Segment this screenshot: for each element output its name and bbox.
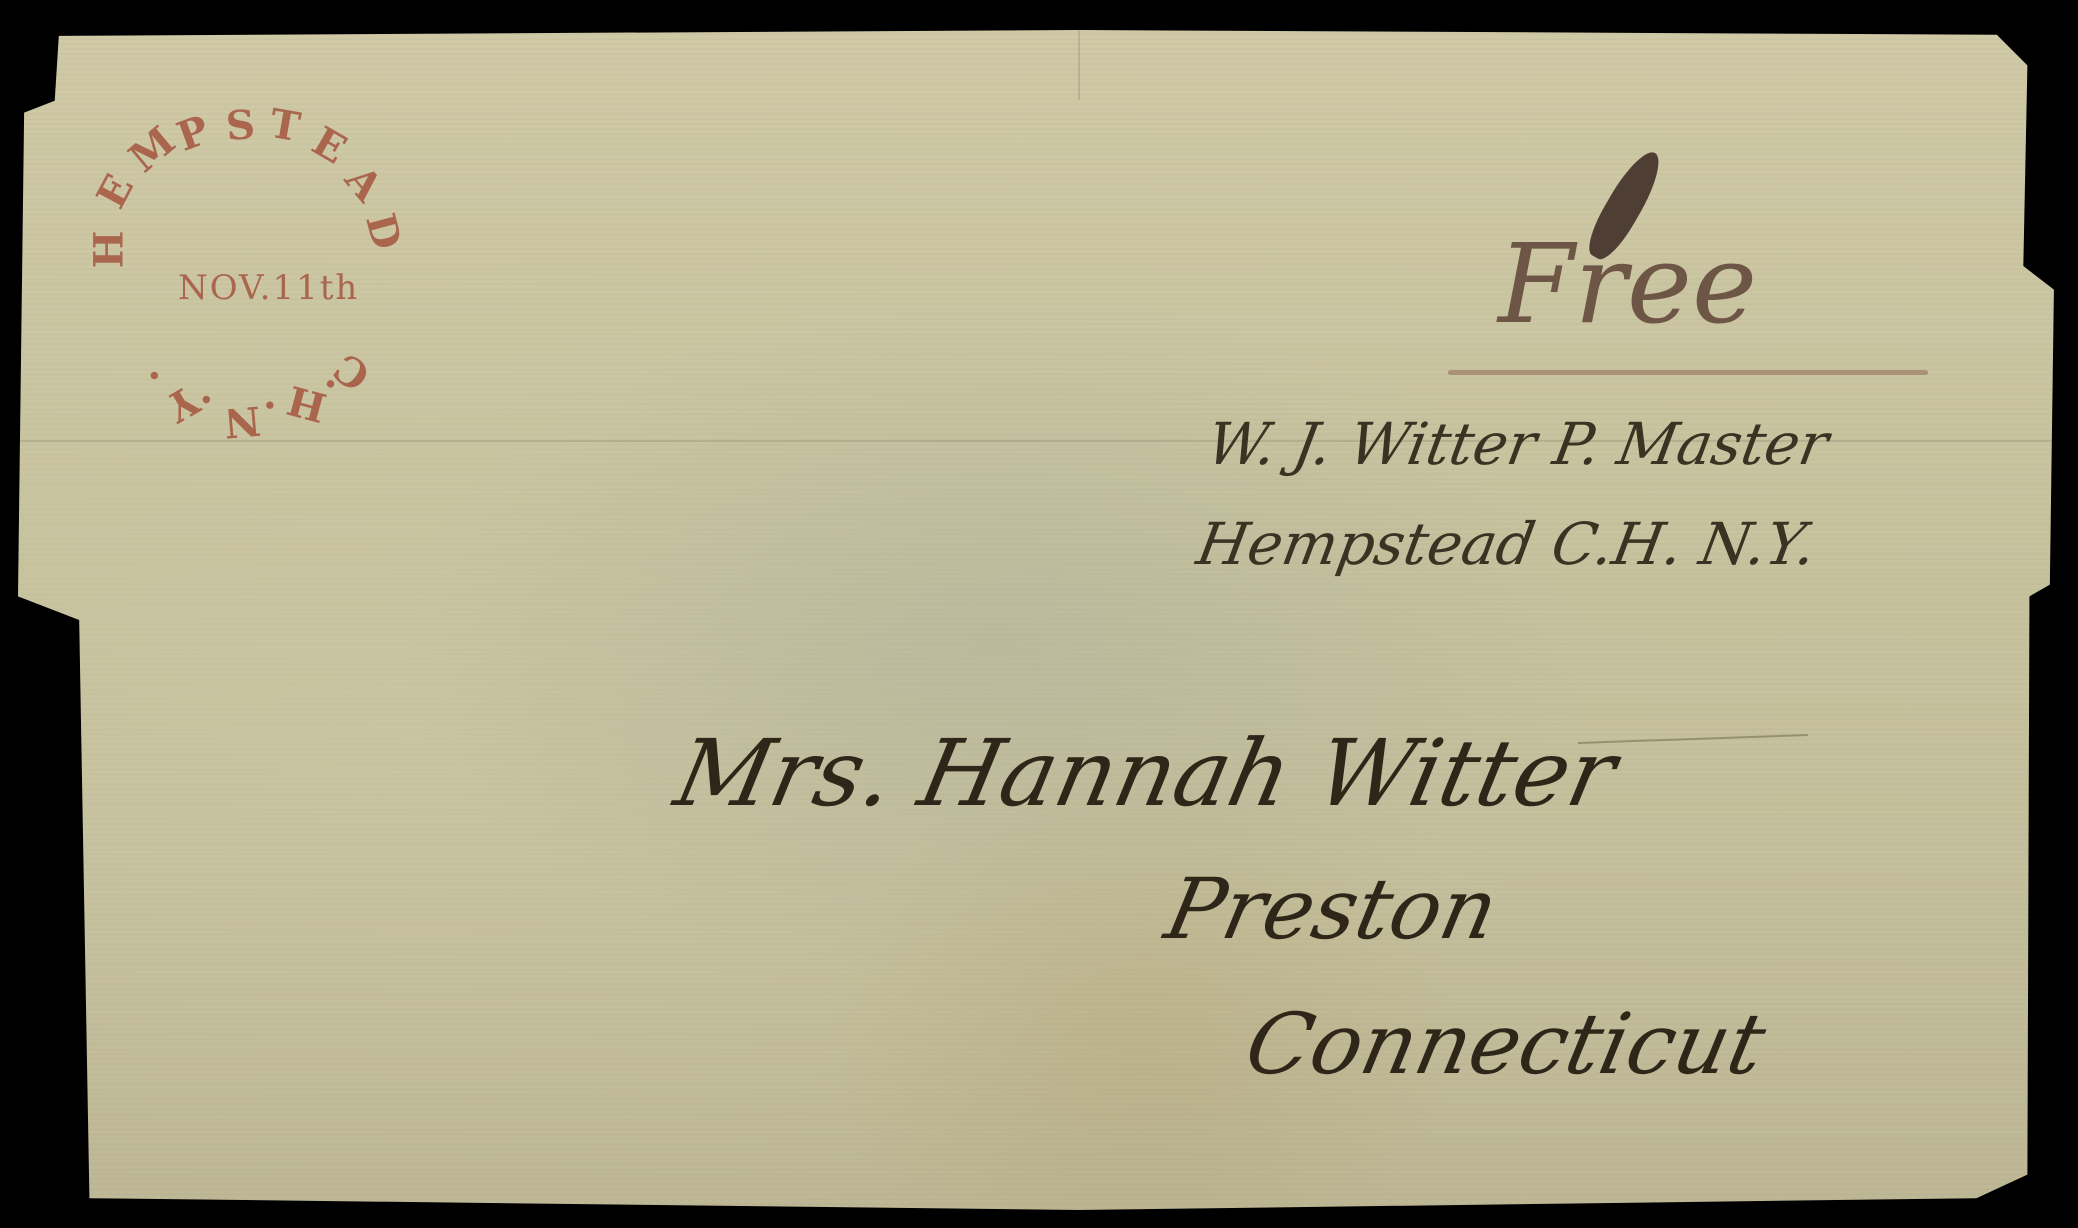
fold-crease — [1078, 30, 1080, 100]
postmark-letter: . — [260, 391, 278, 439]
postmark-letter: D — [356, 209, 410, 255]
frank-town: Hempstead C.H. N.Y. — [1192, 510, 1821, 578]
address-state: Connecticut — [1238, 995, 1774, 1093]
address-town: Preston — [1158, 860, 1507, 958]
postmark-letter: T — [266, 100, 303, 151]
free-underline — [1448, 370, 1928, 375]
postmark-letter: H — [85, 231, 132, 269]
postmark-letter: A — [336, 157, 392, 211]
postmark-date: NOV.11th — [178, 268, 359, 308]
postmark-letter: H — [283, 376, 332, 431]
addressee-name: Mrs. Hannah Witter — [667, 720, 1625, 827]
letter-cover: H E M P S T E A D NOV.11th C . H . N . Y… — [18, 30, 2058, 1210]
postmark-letter: S — [224, 101, 256, 150]
free-marking: Free — [1498, 220, 1757, 348]
postmark-letter: E — [304, 118, 354, 174]
postmark-letter: N — [222, 396, 263, 446]
frank-signature: W. J. Witter P. Master — [1202, 410, 1833, 478]
postmark-letter: E — [87, 167, 143, 216]
